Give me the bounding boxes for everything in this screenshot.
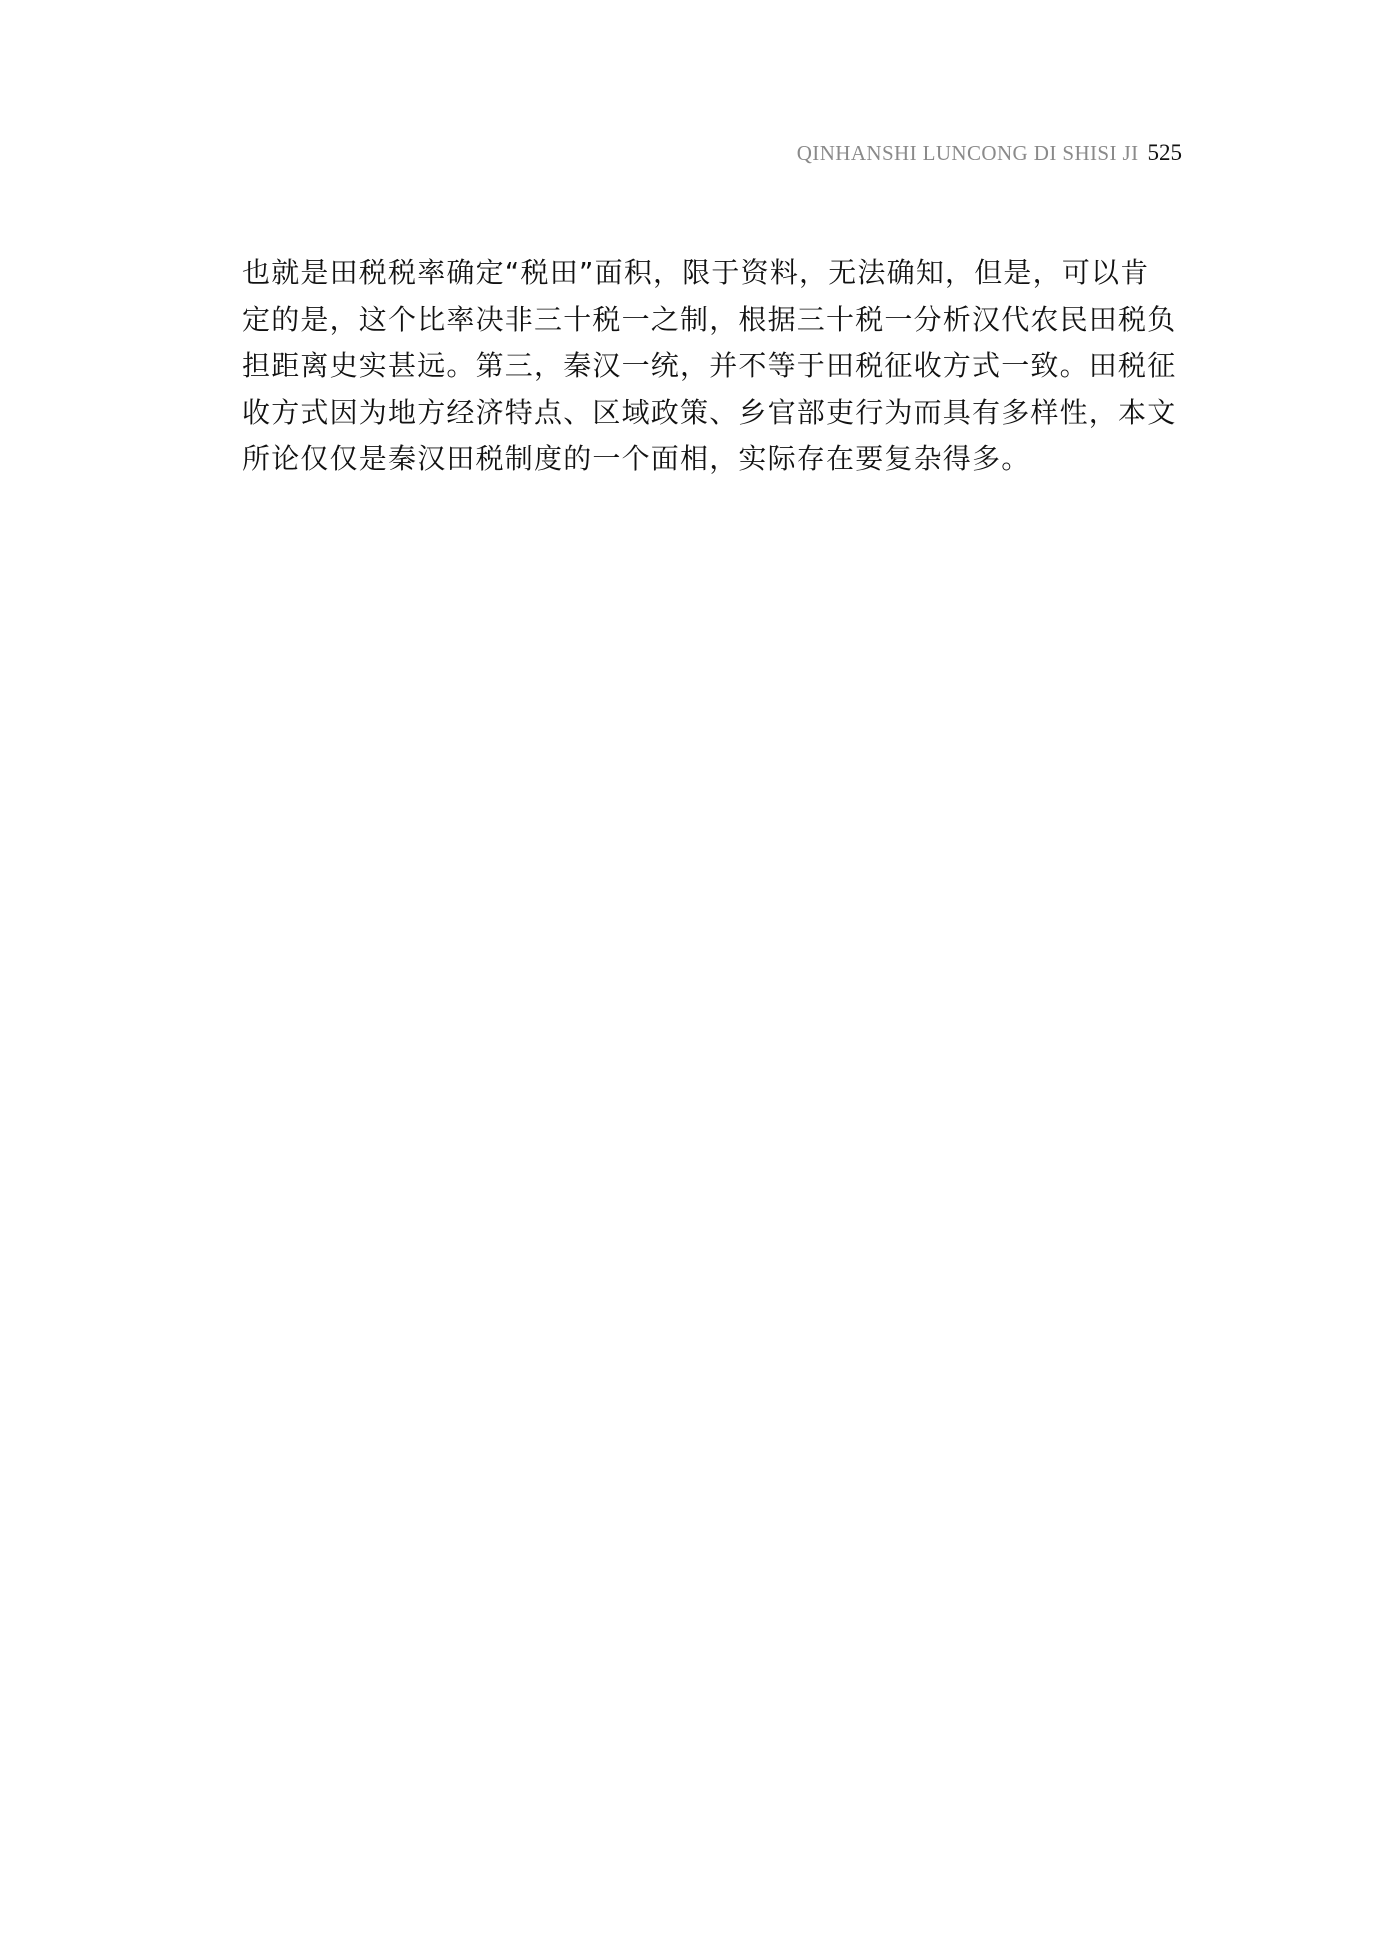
text-line: 所论仅仅是秦汉田税制度的一个面相，实际存在要复杂得多。 (242, 436, 1182, 483)
text-line: 定的是，这个比率决非三十税一之制，根据三十税一分析汉代农民田税负 (242, 297, 1182, 344)
text-line: 也就是田税税率确定“税田”面积，限于资料，无法确知，但是，可以肯 (242, 250, 1182, 297)
text-line: 收方式因为地方经济特点、区域政策、乡官部吏行为而具有多样性，本文 (242, 390, 1182, 437)
running-header: QINHANSHI LUNCONG DI SHISI JI 525 (797, 140, 1182, 172)
header-title: QINHANSHI LUNCONG DI SHISI JI (797, 141, 1139, 166)
page-number: 525 (1148, 140, 1183, 166)
body-paragraph: 也就是田税税率确定“税田”面积，限于资料，无法确知，但是，可以肯 定的是，这个比… (242, 250, 1182, 483)
text-line: 担距离史实甚远。第三，秦汉一统，并不等于田税征收方式一致。田税征 (242, 343, 1182, 390)
